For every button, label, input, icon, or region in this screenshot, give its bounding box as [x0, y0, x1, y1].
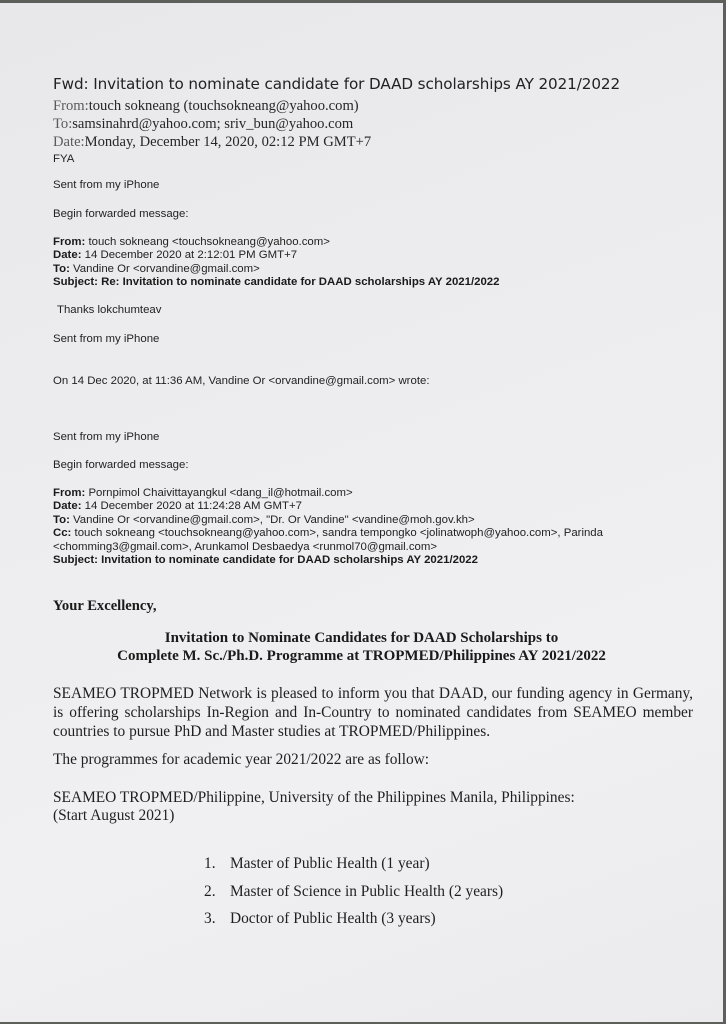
printed-email-page: Fwd: Invitation to nominate candidate fo…: [0, 3, 723, 1022]
thanks-text: Thanks lokchumteav: [57, 304, 161, 316]
forward2-cc-line2: <chomming3@gmail.com>, Arunkamol Desbaed…: [53, 541, 437, 553]
forward1-from-value: touch sokneang <touchsokneang@yahoo.com>: [85, 236, 330, 248]
forward2-cc-label: Cc:: [53, 527, 71, 539]
forward1-to-label: To:: [53, 263, 70, 275]
programmes-intro: The programmes for academic year 2021/20…: [53, 751, 429, 769]
begin-forwarded-message: Begin forwarded message:: [53, 208, 189, 220]
programme-item: 1.Master of Public Health (1 year): [204, 855, 430, 873]
letter-title-line2: Complete M. Sc./Ph.D. Programme at TROPM…: [0, 648, 723, 665]
to-value: samsinahrd@yahoo.com; sriv_bun@yahoo.com: [72, 116, 353, 132]
forward1-subject-value: Re: Invitation to nominate candidate for…: [98, 276, 500, 288]
fya-text: FYA: [53, 153, 74, 165]
begin-forwarded-message: Begin forwarded message:: [53, 459, 189, 471]
forward2-from-value: Pornpimol Chaivittayangkul <dang_il@hotm…: [85, 487, 352, 499]
sent-from-iphone: Sent from my iPhone: [53, 431, 159, 443]
programme-name: Master of Public Health (1 year): [230, 855, 430, 872]
letter-title-line1: Invitation to Nominate Candidates for DA…: [0, 630, 723, 647]
forward2-date: Date: 14 December 2020 at 11:24:28 AM GM…: [53, 500, 302, 512]
forward2-date-value: 14 December 2020 at 11:24:28 AM GMT+7: [81, 500, 301, 512]
salutation: Your Excellency,: [53, 598, 157, 615]
email-header-from: From:touch sokneang (touchsokneang@yahoo…: [53, 98, 359, 115]
to-label: To:: [53, 116, 72, 132]
programme-name: Doctor of Public Health (3 years): [230, 910, 436, 927]
programme-number: 1.: [204, 855, 230, 873]
from-label: From:: [53, 98, 89, 114]
email-subject-title: Fwd: Invitation to nominate candidate fo…: [53, 75, 620, 93]
forward2-cc-value-line1: touch sokneang <touchsokneang@yahoo.com>…: [71, 527, 603, 539]
forward2-to-label: To:: [53, 514, 70, 526]
forward1-from: From: touch sokneang <touchsokneang@yaho…: [53, 236, 330, 248]
programme-number: 2.: [204, 883, 230, 901]
forward2-to: To: Vandine Or <orvandine@gmail.com>, "D…: [53, 514, 475, 526]
forward2-from-label: From:: [53, 487, 85, 499]
forward1-to: To: Vandine Or <orvandine@gmail.com>: [53, 263, 260, 275]
date-label: Date:: [53, 134, 85, 150]
forward2-subject: Subject: Invitation to nominate candidat…: [53, 554, 478, 566]
forward1-from-label: From:: [53, 236, 85, 248]
sent-from-iphone: Sent from my iPhone: [53, 179, 159, 191]
programme-name: Master of Science in Public Health (2 ye…: [230, 883, 503, 900]
forward2-subject-value: Invitation to nominate candidate for DAA…: [98, 554, 478, 566]
forward1-date: Date: 14 December 2020 at 2:12:01 PM GMT…: [53, 249, 297, 261]
email-header-to: To:samsinahrd@yahoo.com; sriv_bun@yahoo.…: [53, 116, 353, 133]
forward2-subject-label: Subject:: [53, 554, 98, 566]
wrote-line: On 14 Dec 2020, at 11:36 AM, Vandine Or …: [53, 375, 429, 387]
start-note: (Start August 2021): [53, 807, 174, 825]
forward2-date-label: Date:: [53, 500, 81, 512]
programme-item: 2.Master of Science in Public Health (2 …: [204, 883, 503, 901]
date-value: Monday, December 14, 2020, 02:12 PM GMT+…: [85, 134, 372, 150]
forward1-subject: Subject: Re: Invitation to nominate cand…: [53, 276, 499, 288]
sent-from-iphone: Sent from my iPhone: [53, 333, 159, 345]
forward1-date-label: Date:: [53, 249, 81, 261]
forward2-cc: Cc: touch sokneang <touchsokneang@yahoo.…: [53, 527, 603, 539]
programme-number: 3.: [204, 910, 230, 928]
from-value: touch sokneang (touchsokneang@yahoo.com): [89, 98, 359, 114]
forward2-from: From: Pornpimol Chaivittayangkul <dang_i…: [53, 487, 353, 499]
forward2-to-value: Vandine Or <orvandine@gmail.com>, "Dr. O…: [70, 514, 475, 526]
intro-paragraph: SEAMEO TROPMED Network is pleased to inf…: [53, 684, 693, 741]
forward1-subject-label: Subject:: [53, 276, 98, 288]
forward1-to-value: Vandine Or <orvandine@gmail.com>: [70, 263, 260, 275]
institution-line: SEAMEO TROPMED/Philippine, University of…: [53, 789, 575, 807]
programme-item: 3.Doctor of Public Health (3 years): [204, 910, 436, 928]
forward1-date-value: 14 December 2020 at 2:12:01 PM GMT+7: [81, 249, 297, 261]
email-header-date: Date:Monday, December 14, 2020, 02:12 PM…: [53, 134, 371, 151]
